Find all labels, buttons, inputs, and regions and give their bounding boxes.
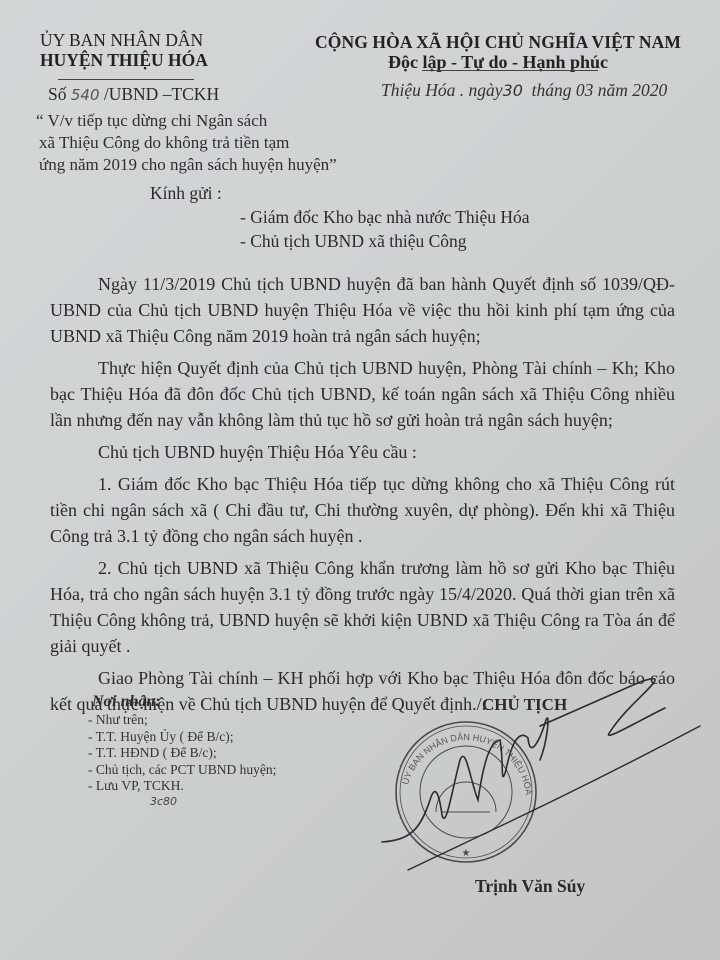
signer-name: Trịnh Văn Súy	[475, 876, 585, 897]
handwritten-signature-icon	[382, 679, 700, 870]
svg-text:★: ★	[462, 848, 471, 859]
stamp-and-signature: ★ ỦY BAN NHÂN DÂN HUYỆN THIỆU HÓA	[0, 0, 720, 960]
